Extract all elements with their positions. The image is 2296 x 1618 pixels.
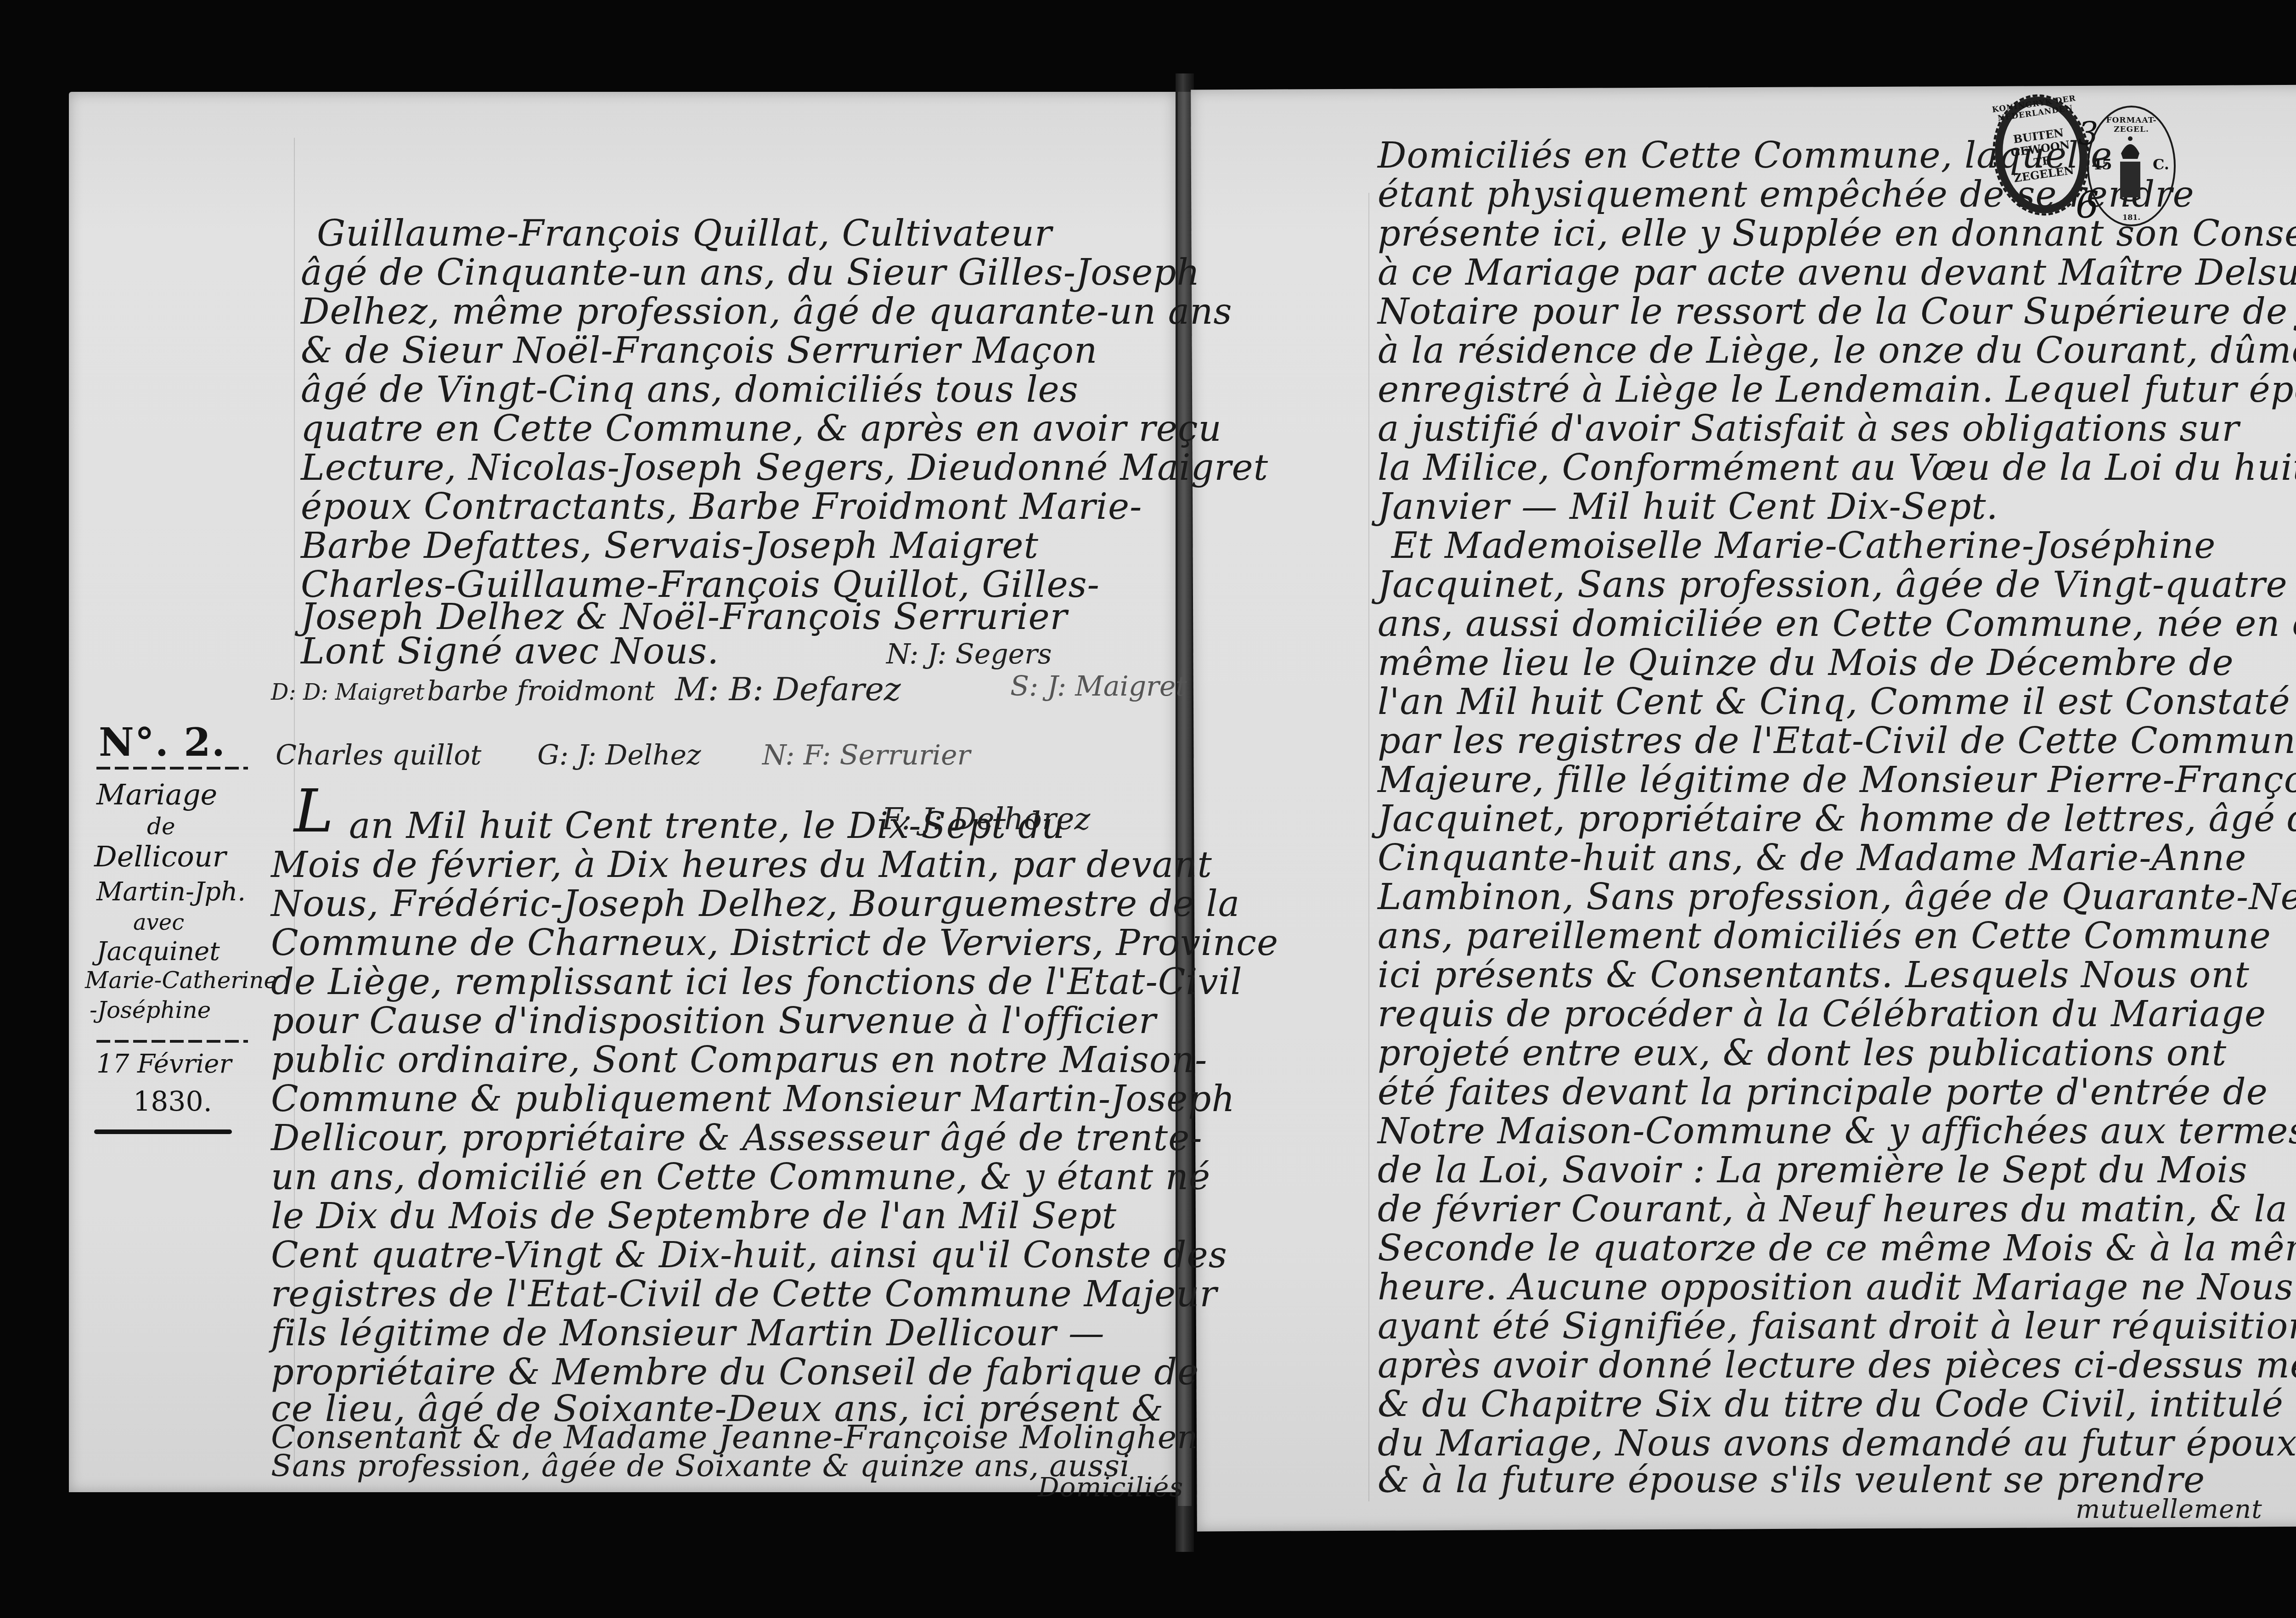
margin-bride-given: Marie-Catherine	[85, 969, 277, 992]
catchword: mutuellement	[2076, 1494, 2262, 1524]
right-line: la Milice, Conformément au Vœu de la Loi…	[1378, 450, 2296, 486]
stamp-year: 181.	[2089, 213, 2174, 222]
crown-crest-icon	[2117, 135, 2143, 204]
act-line: Nous, Frédéric-Joseph Delhez, Bourguemes…	[271, 886, 1240, 922]
left-cont-line: quatre en Cette Commune, & après en avoi…	[301, 411, 1222, 447]
right-line: de février Courant, à Neuf heures du mat…	[1378, 1191, 2288, 1227]
margin-year: 1830.	[133, 1088, 212, 1116]
stamp-unit: C.	[2153, 156, 2169, 173]
right-line: enregistré à Liège le Lendemain. Lequel …	[1378, 372, 2296, 408]
signature: S: J: Maigret	[1010, 670, 1187, 702]
act-line: de Liège, remplissant ici les fonctions …	[271, 964, 1242, 1000]
format-seal-stamp: FORMAAT-ZEGEL. 45 C. 181.	[2087, 106, 2176, 226]
signature: barbe froidmont	[427, 675, 655, 707]
catchword: Domiciliés	[1038, 1472, 1183, 1503]
right-line: & du Chapitre Six du titre du Code Civil…	[1378, 1387, 2284, 1422]
right-line: de la Loi, Savoir : La première le Sept …	[1378, 1152, 2248, 1188]
right-line: à la résidence de Liège, le onze du Cour…	[1378, 333, 2296, 369]
act-line: Commune de Charneux, District de Vervier…	[271, 925, 1278, 961]
margin-underline	[94, 1129, 232, 1134]
act-line: propriétaire & Membre du Conseil de fabr…	[271, 1354, 1199, 1390]
stamp-center-text: BUITEN GEWOON TE ZEGELEN	[2001, 124, 2081, 185]
act-line: un ans, domicilié en Cette Commune, & y …	[271, 1159, 1210, 1195]
act-line: Mois de février, à Dix heures du Matin, …	[271, 847, 1212, 883]
right-line: par les registres de l'Etat-Civil de Cet…	[1378, 723, 2296, 759]
right-line: heure. Aucune opposition audit Mariage n…	[1378, 1270, 2294, 1305]
right-line: Notaire pour le ressort de la Cour Supér…	[1378, 294, 2296, 330]
act-line: le Dix du Mois de Septembre de l'an Mil …	[271, 1198, 1117, 1234]
right-line: du Mariage, Nous avons demandé au futur …	[1378, 1426, 2296, 1461]
left-cont-line: Lecture, Nicolas-Joseph Segers, Dieudonn…	[301, 450, 1268, 486]
margin-groom-given: Martin-Jph.	[96, 879, 246, 905]
right-line: projeté entre eux, & dont les publicatio…	[1378, 1035, 2227, 1071]
margin-bride-given: -Joséphine	[90, 999, 211, 1022]
signature: D: D: Maigret	[271, 680, 424, 705]
right-line: & à la future épouse s'ils veulent se pr…	[1378, 1462, 2205, 1498]
act-line: registres de l'Etat-Civil de Cette Commu…	[271, 1276, 1217, 1312]
right-line: a justifié d'avoir Satisfait à ses oblig…	[1378, 411, 2240, 447]
left-cont-line: Lont Signé avec Nous.	[301, 634, 719, 669]
stamp-value: 45	[2092, 156, 2112, 173]
act-line: Sans profession, âgée de Soixante & quin…	[271, 1451, 1130, 1481]
right-line: Janvier — Mil huit Cent Dix-Sept.	[1378, 489, 1998, 525]
act-line: public ordinaire, Sont Comparus en notre…	[271, 1042, 1207, 1078]
signature: N: F: Serrurier	[762, 739, 970, 771]
right-line: Lambinon, Sans profession, âgée de Quara…	[1378, 879, 2296, 915]
signature: G: J: Delhez	[537, 739, 701, 771]
right-line: après avoir donné lecture des pièces ci-…	[1378, 1348, 2296, 1383]
stamp-ring-text: FORMAAT-ZEGEL.	[2089, 116, 2174, 134]
act-line: Commune & publiquement Monsieur Martin-J…	[271, 1081, 1235, 1117]
act-number: N°. 2.	[99, 723, 226, 762]
right-line: Cinquante-huit ans, & de Madame Marie-An…	[1378, 840, 2246, 876]
act-initial: L	[294, 776, 333, 846]
right-line: Notre Maison-Commune & y affichées aux t…	[1378, 1113, 2296, 1149]
act-line: Dellicour, propriétaire & Assesseur âgé …	[271, 1120, 1203, 1156]
left-cont-line: époux Contractants, Barbe Froidmont Mari…	[301, 489, 1142, 525]
left-cont-line: âgé de Cinquante-un ans, du Sieur Gilles…	[301, 255, 1200, 291]
act-line: Cent quatre-Vingt & Dix-huit, ainsi qu'i…	[271, 1237, 1227, 1273]
right-line: même lieu le Quinze du Mois de Décembre …	[1378, 645, 2234, 681]
right-line: Jacquinet, Sans profession, âgée de Ving…	[1378, 567, 2288, 603]
act-line: an Mil huit Cent trente, le Dix-Sept du	[349, 808, 1065, 844]
left-cont-line: & de Sieur Noël-François Serrurier Maçon	[301, 333, 1097, 369]
right-line: Majeure, fille légitime de Monsieur Pier…	[1378, 762, 2296, 798]
left-cont-line: Guillaume-François Quillat, Cultivateur	[317, 216, 1052, 252]
right-line: ici présents & Consentants. Lesquels Nou…	[1378, 957, 2250, 993]
left-cont-line: Joseph Delhez & Noël-François Serrurier	[301, 599, 1068, 635]
margin-groom-surname: Dellicour	[94, 843, 226, 871]
signature: Charles quillot	[276, 739, 481, 771]
signature: N: J: Segers	[886, 638, 1052, 670]
margin-of: de	[147, 815, 175, 838]
right-line: ans, pareillement domiciliés en Cette Co…	[1378, 918, 2271, 954]
left-cont-line: Barbe Defattes, Servais-Joseph Maigret	[301, 528, 1039, 564]
right-line: Et Mademoiselle Marie-Catherine-Joséphin…	[1391, 528, 2216, 564]
register-scan: Guillaume-François Quillat, Cultivateur …	[0, 0, 2296, 1618]
act-line: fils légitime de Monsieur Martin Dellico…	[271, 1315, 1105, 1351]
right-line: ayant été Signifiée, faisant droit à leu…	[1378, 1309, 2296, 1344]
margin-date: 17 Février	[96, 1051, 231, 1077]
right-line: requis de procéder à la Célébration du M…	[1378, 996, 2266, 1032]
right-line: Seconde le quatorze de ce même Mois & à …	[1378, 1230, 2296, 1266]
margin-divider	[96, 767, 248, 770]
paraph-mark: 6	[2076, 184, 2099, 226]
right-line: à ce Mariage par acte avenu devant Maîtr…	[1378, 255, 2296, 291]
margin-divider	[96, 1040, 248, 1043]
margin-title: Mariage	[96, 781, 217, 809]
right-line: été faites devant la principale porte d'…	[1378, 1074, 2268, 1110]
right-line: Jacquinet, propriétaire & homme de lettr…	[1378, 801, 2296, 837]
margin-bride-surname: Jacquinet	[96, 939, 220, 965]
act-line: pour Cause d'indisposition Survenue à l'…	[271, 1003, 1156, 1039]
left-cont-line: âgé de Vingt-Cinq ans, domiciliés tous l…	[301, 372, 1079, 408]
right-line: ans, aussi domiciliée en Cette Commune, …	[1378, 606, 2296, 642]
right-margin-rule	[1368, 193, 1369, 1501]
margin-with: avec	[133, 911, 184, 933]
signature: M: B: Defarez	[675, 670, 901, 708]
right-line: l'an Mil huit Cent & Cinq, Comme il est …	[1378, 684, 2290, 720]
left-cont-line: Delhez, même profession, âgé de quarante…	[301, 294, 1232, 330]
